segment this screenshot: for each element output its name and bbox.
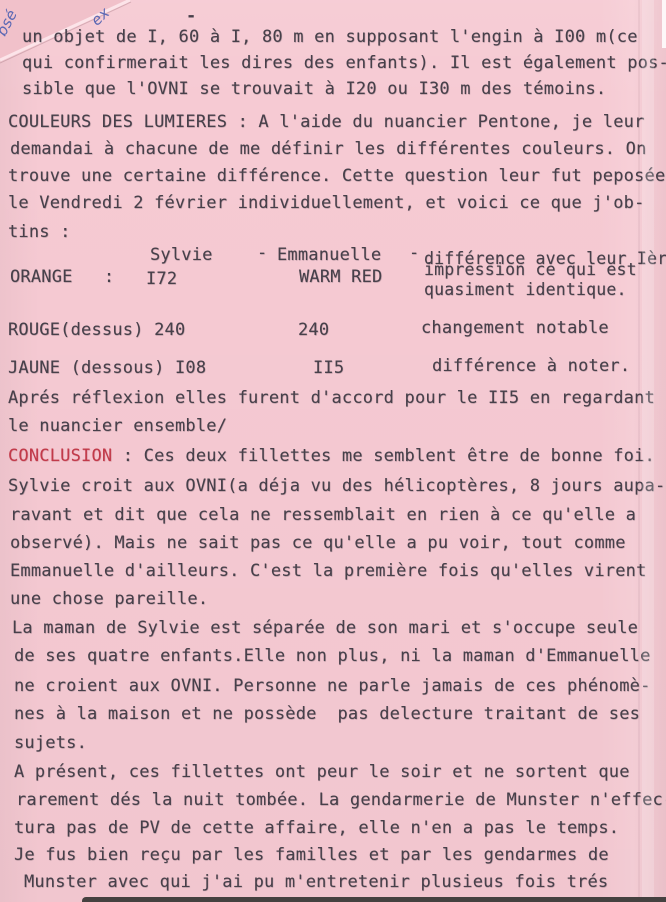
typed-line: ne croient aux OVNI. Personne ne parle j…	[14, 676, 651, 696]
typed-line: de ses quatre enfants.Elle non plus, ni …	[14, 646, 651, 666]
typed-line: rarement dés la nuit tombée. La gendarme…	[16, 790, 666, 810]
typed-line: le Vendredi 2 février individuellement, …	[8, 193, 645, 213]
table-row-jaune-emmanuelle-value: II5	[313, 358, 344, 378]
typed-line: sujets.	[14, 733, 87, 753]
typed-line: ravant et dit que cela ne ressemblait en…	[10, 505, 636, 525]
table-row-orange-sylvie-value: I72	[146, 269, 177, 289]
table-note-orange-line3: quasiment identique.	[424, 280, 627, 299]
typed-line: observé). Mais ne sait pas ce qu'elle a …	[10, 533, 626, 553]
typed-line: La maman de Sylvie est séparée de son ma…	[12, 618, 638, 638]
typed-line: Aprés réflexion elles furent d'accord po…	[8, 388, 655, 408]
scan-corner-sliver	[662, 0, 666, 48]
typed-line: nes à la maison et ne possède pas delect…	[14, 704, 640, 724]
typed-line: trouve une certaine différence. Cette qu…	[8, 166, 665, 186]
typed-line: tins :	[8, 222, 71, 242]
typed-line: Munster avec qui j'ai pu m'entretenir pl…	[24, 872, 608, 892]
typed-line: Emmanuelle d'ailleurs. C'est la première…	[10, 561, 647, 581]
conclusion-heading-rest: : Ces deux fillettes me semblent être de…	[112, 446, 655, 466]
table-header-sylvie: Sylvie	[150, 245, 213, 265]
scan-bottom-edge	[82, 897, 666, 902]
page-right-edge-highlight	[642, 0, 654, 902]
table-row-orange-emmanuelle-value: WARM RED	[299, 267, 382, 287]
table-row-orange-label: ORANGE :	[10, 267, 114, 287]
typed-line: Je fus bien reçu par les familles et par…	[14, 845, 609, 865]
typed-line: qui confirmerait les dires des enfants).…	[22, 53, 666, 73]
typed-line: un objet de I, 60 à I, 80 m en supposant…	[22, 27, 638, 47]
table-header-emmanuelle: Emmanuelle	[277, 245, 381, 265]
typed-line: demandai à chacune de me définir les dif…	[10, 139, 647, 159]
table-note-orange-line2: impression ce qui est	[424, 260, 637, 279]
table-row-rouge-note: changement notable	[421, 318, 609, 338]
typed-line: sible que l'OVNI se trouvait à I20 ou I3…	[22, 79, 606, 99]
vertical-crease	[638, 0, 640, 902]
table-row-jaune-label: JAUNE (dessous) I08	[8, 358, 206, 378]
typed-line: Sylvie croit aux OVNI(a déja vu des héli…	[8, 476, 665, 496]
table-header-dash-right: -	[409, 243, 419, 263]
table-row-rouge-emmanuelle-value: 240	[298, 320, 329, 340]
table-header-dash-left: -	[257, 243, 267, 263]
typed-line: COULEURS DES LUMIERES : A l'aide du nuan…	[8, 112, 645, 132]
typed-line: le nuancier ensemble/	[8, 416, 227, 436]
table-row-jaune-note: différence à noter.	[432, 356, 630, 376]
conclusion-line: CONCLUSION : Ces deux fillettes me sembl…	[8, 446, 655, 466]
document-page: bsé ex - un objet de I, 60 à I, 80 m en …	[0, 0, 666, 902]
typed-line: tura pas de PV de cette affaire, elle n'…	[14, 818, 619, 838]
typed-line: une chose pareille.	[10, 589, 208, 609]
stray-typed-dash: -	[186, 6, 196, 26]
typed-line: A présent, ces fillettes ont peur le soi…	[14, 762, 630, 782]
table-row-rouge-label: ROUGE(dessus) 240	[8, 320, 185, 340]
conclusion-heading: CONCLUSION	[8, 446, 112, 466]
